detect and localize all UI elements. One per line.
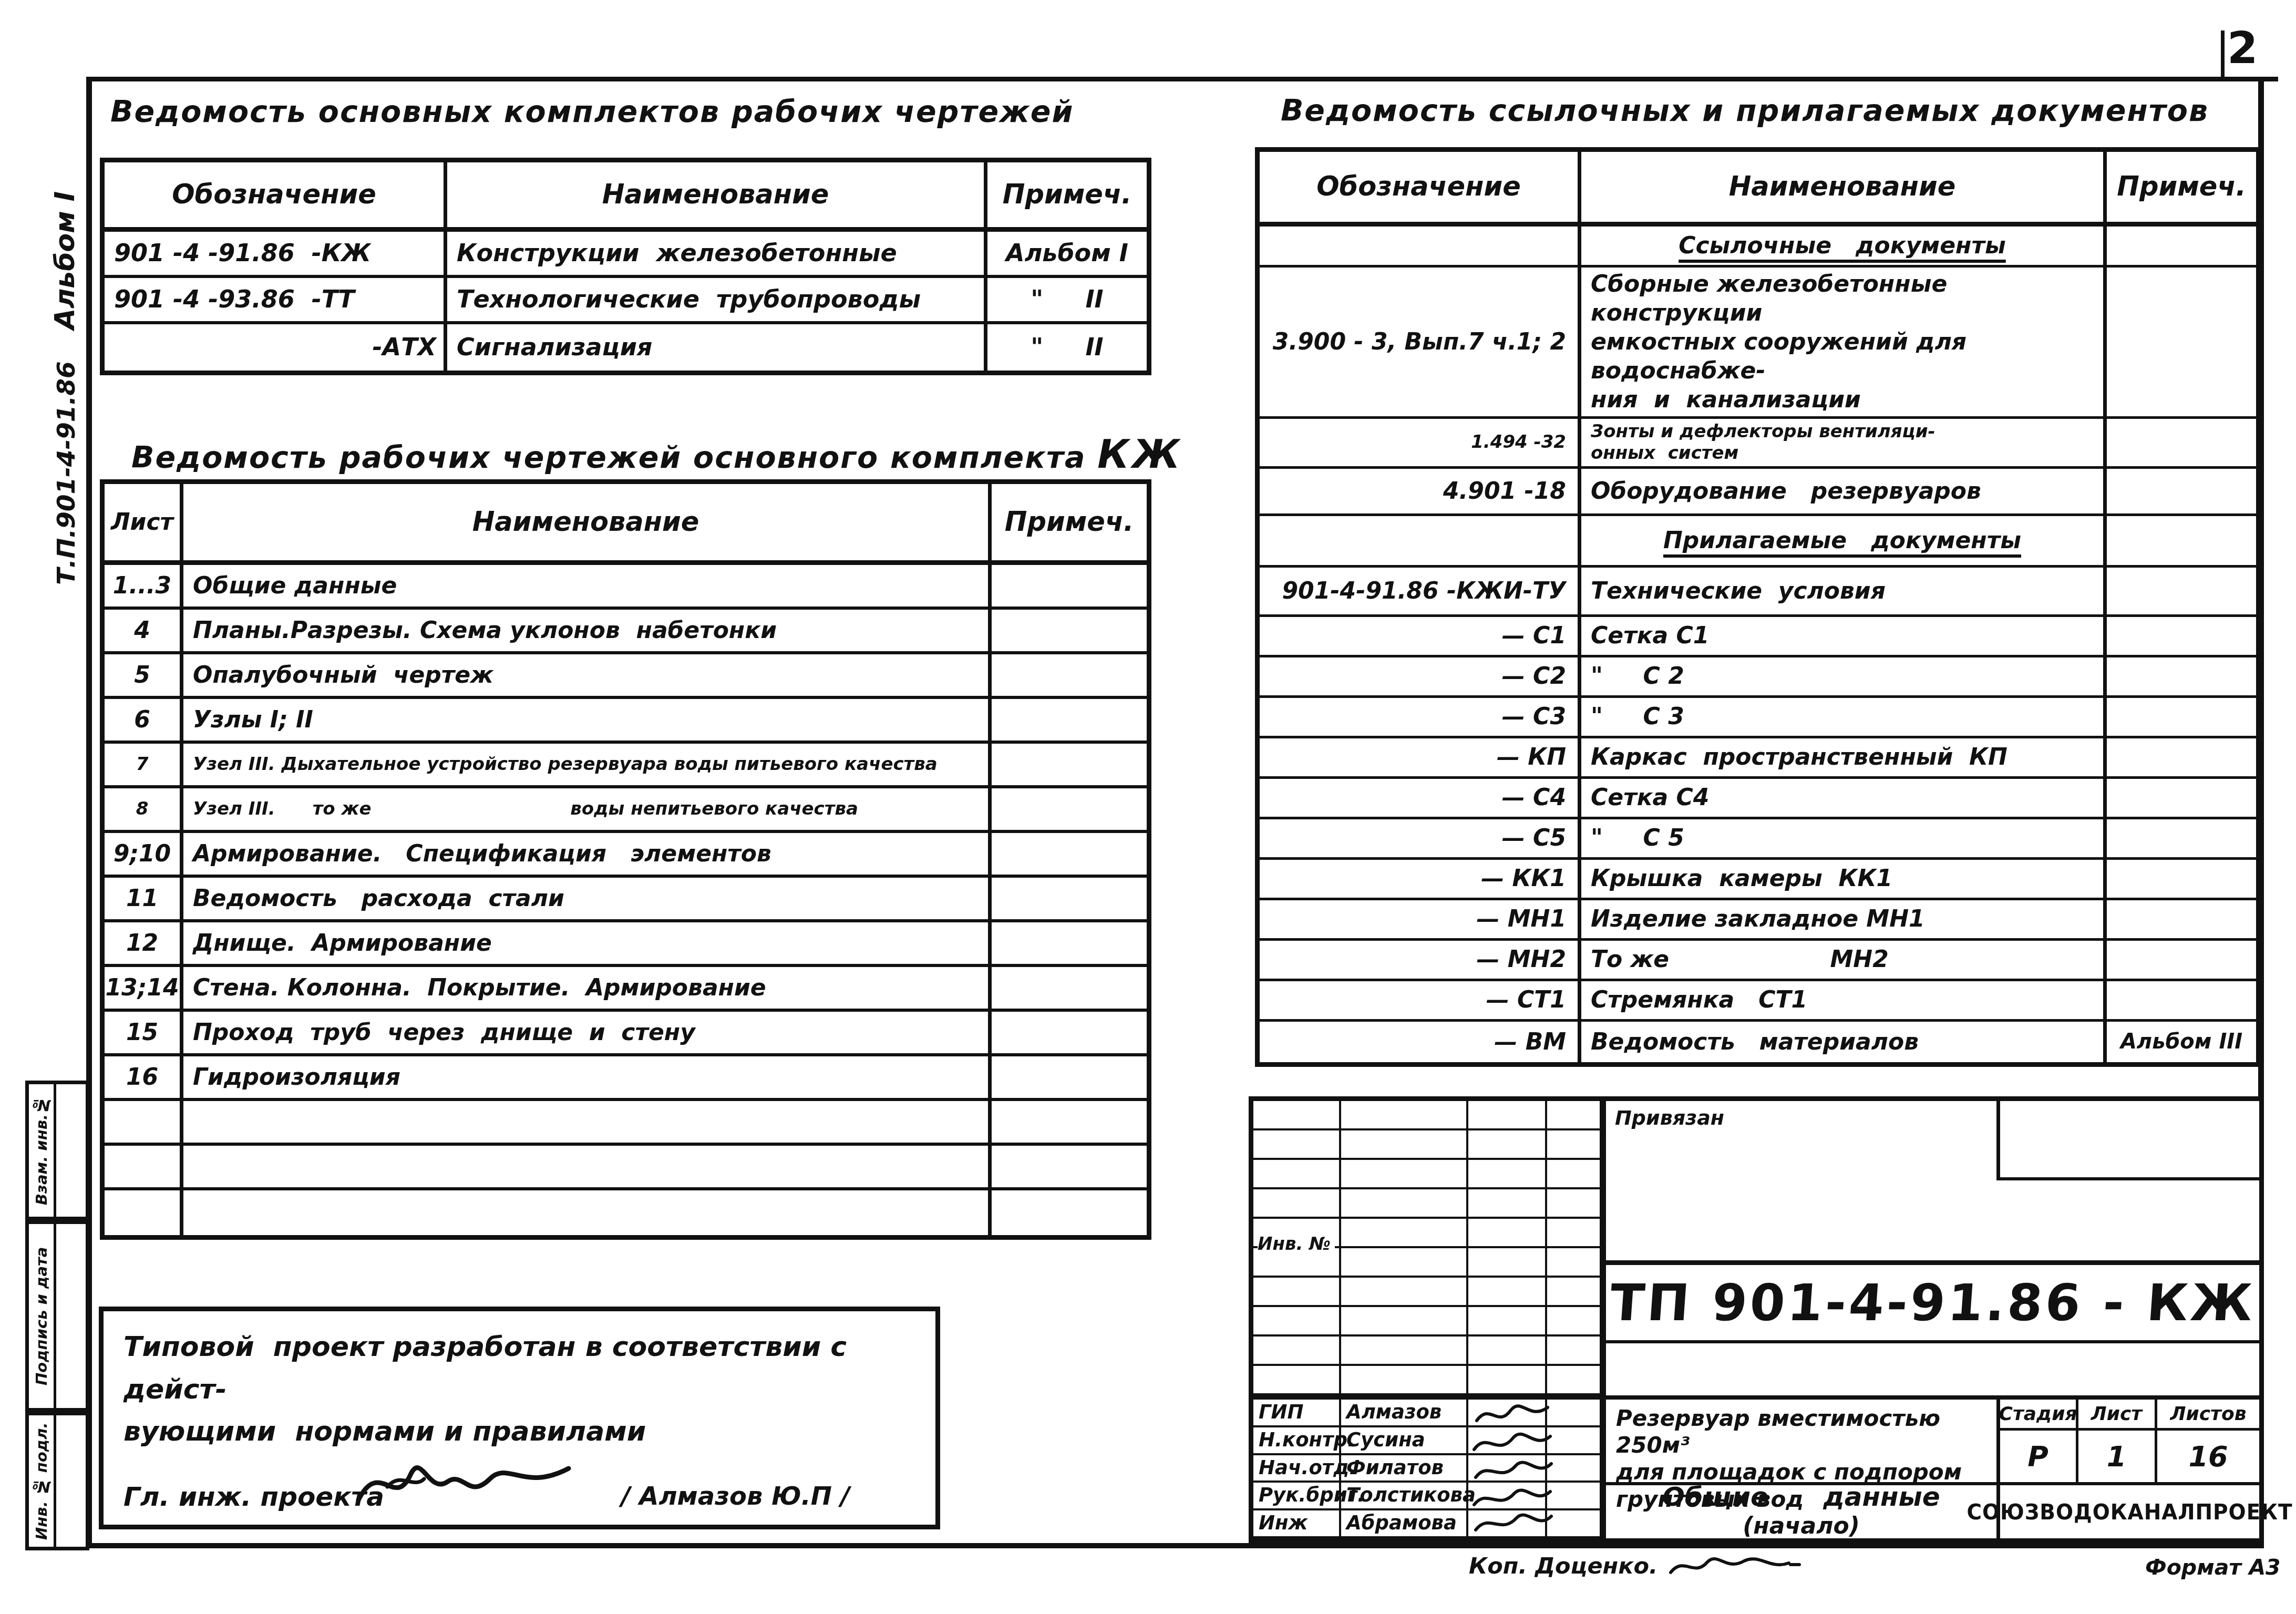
table-cell: — ВМ (1260, 1022, 1581, 1062)
table-cell (2107, 617, 2256, 655)
table-cell: 7 (105, 744, 183, 785)
table-cell: Крышка камеры КК1 (1581, 860, 2107, 898)
grid-cell (1468, 1307, 1547, 1337)
table-ref: Обозначение Наименование Примеч. Ссылочн… (1255, 147, 2261, 1067)
table-cell: " II (987, 324, 1147, 371)
grid-cell (1468, 1366, 1547, 1395)
copy-note: Коп. Доценко. (1469, 1551, 1802, 1583)
table-cell: 15 (105, 1012, 183, 1053)
signatures (1466, 1400, 1556, 1538)
table-cell: Узел III. то же воды непитьевого качеств… (183, 788, 992, 830)
table-cell (2107, 419, 2256, 466)
table-cell: — С4 (1260, 779, 1581, 817)
table-kzh-title: Ведомость рабочих чертежей основного ком… (131, 432, 1130, 477)
table-ref-body: Ссылочные документы3.900 - 3, Вып.7 ч.1;… (1260, 227, 2256, 1062)
table-cell: Зонты и дефлекторы вентиляци- онных сист… (1581, 419, 2107, 466)
table-cell (992, 922, 1147, 964)
titleblock-divider (1602, 1340, 2259, 1343)
table-cell: 4.901 -18 (1260, 469, 1581, 513)
table-cell: 8 (105, 788, 183, 830)
grid-cell (1253, 1307, 1341, 1337)
grid-cell (1468, 1189, 1547, 1219)
table-main-sets-body: 901 -4 -91.86 -КЖКонструкции железобетон… (105, 232, 1147, 371)
table-row: 3.900 - 3, Вып.7 ч.1; 2Сборные железобет… (1260, 268, 2256, 419)
table-cell: ГИП (1253, 1400, 1341, 1425)
grid-cell (1547, 1248, 1602, 1278)
table-cell: " С 5 (1581, 819, 2107, 857)
copy-signature (1665, 1551, 1802, 1583)
table-cell: Гидроизоляция (183, 1056, 992, 1098)
table-cell: 13;14 (105, 967, 183, 1009)
table-cell: То же МН2 (1581, 941, 2107, 979)
grid-cell (1547, 1219, 1602, 1248)
table-cell: 1.494 -32 (1260, 419, 1581, 466)
stamp-vzam-inv-label: Взам. инв.№ (29, 1084, 56, 1217)
table-row: 11Ведомость расхода стали (105, 878, 1147, 922)
table-cell (2107, 941, 2256, 979)
stamp-podpis-data: Подпись и дата (25, 1220, 89, 1412)
table-cell (1260, 516, 1581, 565)
frame-top-line (88, 77, 2278, 81)
table-main-sets: Обозначение Наименование Примеч. 901 -4 … (100, 158, 1151, 375)
table-cell (992, 610, 1147, 651)
table-cell (992, 1056, 1147, 1098)
sheet-title: Общие данные (1662, 1481, 1940, 1513)
column-header: Примеч. (992, 484, 1147, 560)
sheet-subtitle: (начало) (1743, 1513, 1860, 1540)
table-cell (183, 1190, 992, 1235)
table-cell: Сигнализация (447, 324, 987, 371)
table-cell: Филатов (1341, 1455, 1468, 1481)
table-cell: Нач.отд. (1253, 1455, 1341, 1481)
stamp-inv-podl: Инв. № подл. (25, 1412, 89, 1550)
table-cell: Узел III. Дыхательное устройство резерву… (183, 744, 992, 785)
table-cell (2107, 860, 2256, 898)
sheet-value: 1 (2078, 1431, 2155, 1482)
table-cell: — КП (1260, 738, 1581, 776)
table-cell (992, 699, 1147, 741)
column-header: Наименование (1581, 152, 2107, 222)
table-main-sets-header: Обозначение Наименование Примеч. (105, 162, 1147, 232)
table-row: 901-4-91.86 -КЖИ-ТУТехнические условия (1260, 568, 2256, 617)
table-cell: Ссылочные документы (1581, 227, 2107, 265)
table-cell (2107, 469, 2256, 513)
table-cell: Планы.Разрезы. Схема уклонов набетонки (183, 610, 992, 651)
table-cell: Сборные железобетонные конструкции емкос… (1581, 268, 2107, 416)
table-cell (2107, 568, 2256, 614)
table-cell (2107, 819, 2256, 857)
grid-cell (1253, 1160, 1341, 1189)
grid-cell (1341, 1337, 1468, 1366)
table-cell (992, 788, 1147, 830)
grid-cell (1341, 1219, 1468, 1248)
table-cell (2107, 268, 2256, 416)
table-cell: — КК1 (1260, 860, 1581, 898)
table-kzh: Лист Наименование Примеч. 1...3Общие дан… (100, 479, 1151, 1240)
table-cell: 6 (105, 699, 183, 741)
table-cell: 901 -4 -91.86 -КЖ (105, 232, 447, 275)
stamp-podpis-data-label: Подпись и дата (29, 1224, 56, 1408)
table-cell (1260, 227, 1581, 265)
titleblock-divider (1996, 1101, 2000, 1177)
table-row: 1...3Общие данные (105, 565, 1147, 610)
grid-cell (1547, 1189, 1602, 1219)
table-cell: 16 (105, 1056, 183, 1098)
table-cell: Стена. Колонна. Покрытие. Армирование (183, 967, 992, 1009)
grid-cell (1341, 1160, 1468, 1189)
chief-engineer-name: / Алмазов Ю.П / (621, 1482, 850, 1511)
table-row: 901 -4 -91.86 -КЖКонструкции железобетон… (105, 232, 1147, 278)
document-code: ТП 901-4-91.86 - КЖ (1603, 1265, 2262, 1340)
chief-engineer-label: Гл. инж. проекта (123, 1482, 384, 1512)
titleblock-divider (1996, 1177, 2259, 1180)
table-cell (2107, 657, 2256, 695)
table-cell: -АТХ (105, 324, 447, 371)
table-row: — МН1Изделие закладное МН1 (1260, 900, 2256, 941)
table-cell (183, 1146, 992, 1187)
table-cell (992, 833, 1147, 875)
grid-cell (1253, 1366, 1341, 1395)
table-cell: — С1 (1260, 617, 1581, 655)
column-header: Примеч. (987, 162, 1147, 227)
frame-bottom-line (86, 1543, 2264, 1548)
table-cell: — С3 (1260, 698, 1581, 736)
table-cell (2107, 779, 2256, 817)
table-row: — С4Сетка С4 (1260, 779, 2256, 819)
stamp-inv-podl-field (56, 1415, 86, 1547)
table-cell: " С 2 (1581, 657, 2107, 695)
table-row: 12Днище. Армирование (105, 922, 1147, 967)
table-cell: Альбом I (987, 232, 1147, 275)
stamp-inv-podl-label: Инв. № подл. (29, 1415, 56, 1547)
table-cell: Изделие закладное МН1 (1581, 900, 2107, 938)
column-header: Обозначение (1260, 152, 1581, 222)
table-cell: Н.контр. (1253, 1427, 1341, 1453)
grid-cell (1341, 1130, 1468, 1160)
table-cell: 1...3 (105, 565, 183, 606)
drawing-sheet: 2 Альбом I Т.П.901-4-91.86 Взам. инв.№ П… (0, 0, 2296, 1614)
grid-cell (1468, 1337, 1547, 1366)
table-cell: Проход труб через днище и стену (183, 1012, 992, 1053)
grid-cell (1468, 1248, 1547, 1278)
table-cell (105, 1146, 183, 1187)
organization-name: СОЮЗВОДОКАНАЛПРОЕКТ (2006, 1485, 2252, 1538)
table-cell: Толстикова (1341, 1483, 1468, 1508)
table-cell: Каркас пространственный КП (1581, 738, 2107, 776)
table-cell (105, 1101, 183, 1143)
table-row: 1.494 -32Зонты и дефлекторы вентиляци- о… (1260, 419, 2256, 469)
note-box: Типовой проект разработан в соответствии… (99, 1307, 940, 1529)
grid-cell (1468, 1101, 1547, 1130)
table-cell: Ведомость материалов (1581, 1022, 2107, 1062)
table-cell: 5 (105, 654, 183, 696)
title-block: Инв. № Привязан ТП 901-4-91.86 - КЖ ГИПА… (1249, 1096, 2264, 1543)
table-row: Ссылочные документы (1260, 227, 2256, 268)
table-cell: Общие данные (183, 565, 992, 606)
grid-cell (1341, 1101, 1468, 1130)
stamp-vzam-inv: Взам. инв.№ (25, 1081, 89, 1220)
copy-label: Коп. Доценко. (1469, 1553, 1657, 1579)
table-row: — МН2То же МН2 (1260, 941, 2256, 981)
table-cell: Рук.бриг. (1253, 1483, 1341, 1508)
table-ref-title: Ведомость ссылочных и прилагаемых докуме… (1272, 94, 2218, 128)
grid-cell (1547, 1307, 1602, 1337)
sheet-header: Лист (2078, 1400, 2155, 1428)
table-cell (2107, 900, 2256, 938)
stage-header: Стадия (2000, 1400, 2076, 1428)
table-cell (992, 967, 1147, 1009)
grid-cell (1253, 1189, 1341, 1219)
table-row: — ВМВедомость материаловАльбом III (1260, 1022, 2256, 1062)
table-cell (2107, 227, 2256, 265)
table-cell: Стремянка СТ1 (1581, 981, 2107, 1019)
table-cell: Сусина (1341, 1427, 1468, 1453)
grid-cell (1547, 1366, 1602, 1395)
column-header: Лист (105, 484, 183, 560)
table-cell: Прилагаемые документы (1581, 516, 2107, 565)
table-row: 16Гидроизоляция (105, 1056, 1147, 1101)
table-cell (992, 565, 1147, 606)
table-row: 15Проход труб через днище и стену (105, 1012, 1147, 1056)
table-cell: Абрамова (1341, 1510, 1468, 1536)
table-cell (992, 1101, 1147, 1143)
grid-cell (1547, 1278, 1602, 1307)
table-kzh-title-suffix: КЖ (1097, 432, 1183, 477)
table-cell (992, 1012, 1147, 1053)
grid-cell (1341, 1189, 1468, 1219)
table-row: 9;10Армирование. Спецификация элементов (105, 833, 1147, 878)
table-row: — СТ1Стремянка СТ1 (1260, 981, 2256, 1022)
table-row: 4Планы.Разрезы. Схема уклонов набетонки (105, 610, 1147, 654)
attach-label: Привязан (1615, 1106, 1724, 1129)
grid-cell (1341, 1278, 1468, 1307)
table-cell: Альбом III (2107, 1022, 2256, 1062)
table-cell (2107, 981, 2256, 1019)
grid-cell (1341, 1307, 1468, 1337)
table-cell (2107, 698, 2256, 736)
table-kzh-header: Лист Наименование Примеч. (105, 484, 1147, 565)
table-row (105, 1101, 1147, 1146)
grid-cell (1547, 1101, 1602, 1130)
column-header: Наименование (183, 484, 992, 560)
table-cell: — С2 (1260, 657, 1581, 695)
table-cell (2107, 738, 2256, 776)
titleblock-divider (1602, 1260, 2259, 1265)
inv-number-label: Инв. № (1258, 1233, 1335, 1255)
page-number: 2 (2227, 22, 2258, 74)
stamp-vzam-inv-field (56, 1084, 86, 1217)
table-cell (992, 1146, 1147, 1187)
table-row: — С2" С 2 (1260, 657, 2256, 698)
grid-cell (1253, 1278, 1341, 1307)
titleblock-divider (1253, 1395, 2259, 1400)
table-cell: 4 (105, 610, 183, 651)
column-header: Наименование (447, 162, 987, 227)
table-cell (992, 878, 1147, 919)
table-cell: " С 3 (1581, 698, 2107, 736)
table-cell: Армирование. Спецификация элементов (183, 833, 992, 875)
format-label: Формат А3 (2145, 1555, 2281, 1580)
grid-cell (1468, 1160, 1547, 1189)
table-cell (105, 1190, 183, 1235)
table-row (105, 1190, 1147, 1235)
table-row: — С3" С 3 (1260, 698, 2256, 738)
table-cell: 901 -4 -93.86 -ТТ (105, 278, 447, 321)
table-cell: 12 (105, 922, 183, 964)
table-cell: Оборудование резервуаров (1581, 469, 2107, 513)
table-row: 8Узел III. то же воды непитьевого качест… (105, 788, 1147, 833)
table-cell: Опалубочный чертеж (183, 654, 992, 696)
grid-cell (1253, 1130, 1341, 1160)
table-cell: Сетка С4 (1581, 779, 2107, 817)
table-main-sets-title: Ведомость основных комплектов рабочих че… (110, 95, 930, 129)
grid-cell (1341, 1366, 1468, 1395)
table-cell: 901-4-91.86 -КЖИ-ТУ (1260, 568, 1581, 614)
stamp-podpis-data-field (56, 1224, 86, 1408)
table-row: -АТХСигнализация" II (105, 324, 1147, 371)
grid-cell (1468, 1219, 1547, 1248)
table-cell (992, 1190, 1147, 1235)
table-cell (183, 1101, 992, 1143)
table-cell: 9;10 (105, 833, 183, 875)
table-cell: Ведомость расхода стали (183, 878, 992, 919)
table-row: Прилагаемые документы (1260, 516, 2256, 568)
table-cell: 3.900 - 3, Вып.7 ч.1; 2 (1260, 268, 1581, 416)
grid-cell (1468, 1278, 1547, 1307)
table-cell: — СТ1 (1260, 981, 1581, 1019)
table-row: 901 -4 -93.86 -ТТТехнологические трубопр… (105, 278, 1147, 324)
table-cell: 11 (105, 878, 183, 919)
corner-tick (2221, 30, 2225, 79)
table-row: 4.901 -18Оборудование резервуаров (1260, 469, 2256, 516)
table-row: 7Узел III. Дыхательное устройство резерв… (105, 744, 1147, 788)
table-cell: — МН1 (1260, 900, 1581, 938)
table-cell: — МН2 (1260, 941, 1581, 979)
table-cell: Технические условия (1581, 568, 2107, 614)
sheet-title-cell: Общие данные (начало) (1606, 1484, 1996, 1537)
note-text: Типовой проект разработан в соответствии… (123, 1326, 912, 1453)
grid-cell (1253, 1337, 1341, 1366)
table-cell: — С5 (1260, 819, 1581, 857)
grid-cell (1547, 1160, 1602, 1189)
table-row: 13;14Стена. Колонна. Покрытие. Армирован… (105, 967, 1147, 1012)
table-row: 6Узлы I; II (105, 699, 1147, 744)
table-cell: Конструкции железобетонные (447, 232, 987, 275)
table-cell: Инж (1253, 1510, 1341, 1536)
table-cell: Технологические трубопроводы (447, 278, 987, 321)
grid-cell (1253, 1101, 1341, 1130)
table-cell (992, 654, 1147, 696)
table-cell (992, 744, 1147, 785)
margin-project-code: Т.П.901-4-91.86 (46, 344, 86, 602)
table-cell: Алмазов (1341, 1400, 1468, 1425)
table-cell: Узлы I; II (183, 699, 992, 741)
table-kzh-title-text: Ведомость рабочих чертежей основного ком… (131, 440, 1086, 475)
table-ref-header: Обозначение Наименование Примеч. (1260, 152, 2256, 227)
column-header: Обозначение (105, 162, 447, 227)
column-header: Примеч. (2107, 152, 2256, 222)
table-kzh-body: 1...3Общие данные4Планы.Разрезы. Схема у… (105, 565, 1147, 1235)
table-cell (2107, 516, 2256, 565)
grid-cell (1547, 1130, 1602, 1160)
table-row: — КПКаркас пространственный КП (1260, 738, 2256, 779)
margin-album-label: Альбом I (44, 176, 86, 344)
table-cell: " II (987, 278, 1147, 321)
table-row: — КК1Крышка камеры КК1 (1260, 860, 2256, 900)
stage-value: Р (2000, 1431, 2076, 1482)
grid-cell (1468, 1130, 1547, 1160)
table-cell: Сетка С1 (1581, 617, 2107, 655)
chief-engineer-signature (351, 1450, 576, 1518)
table-cell: Днище. Армирование (183, 922, 992, 964)
table-row (105, 1146, 1147, 1190)
sheets-header: Листов (2157, 1400, 2259, 1428)
sheets-value: 16 (2157, 1431, 2259, 1482)
table-row: — С5" С 5 (1260, 819, 2256, 860)
grid-cell (1341, 1248, 1468, 1278)
grid-cell (1547, 1337, 1602, 1366)
table-row: 5Опалубочный чертеж (105, 654, 1147, 699)
table-row: — С1Сетка С1 (1260, 617, 2256, 657)
